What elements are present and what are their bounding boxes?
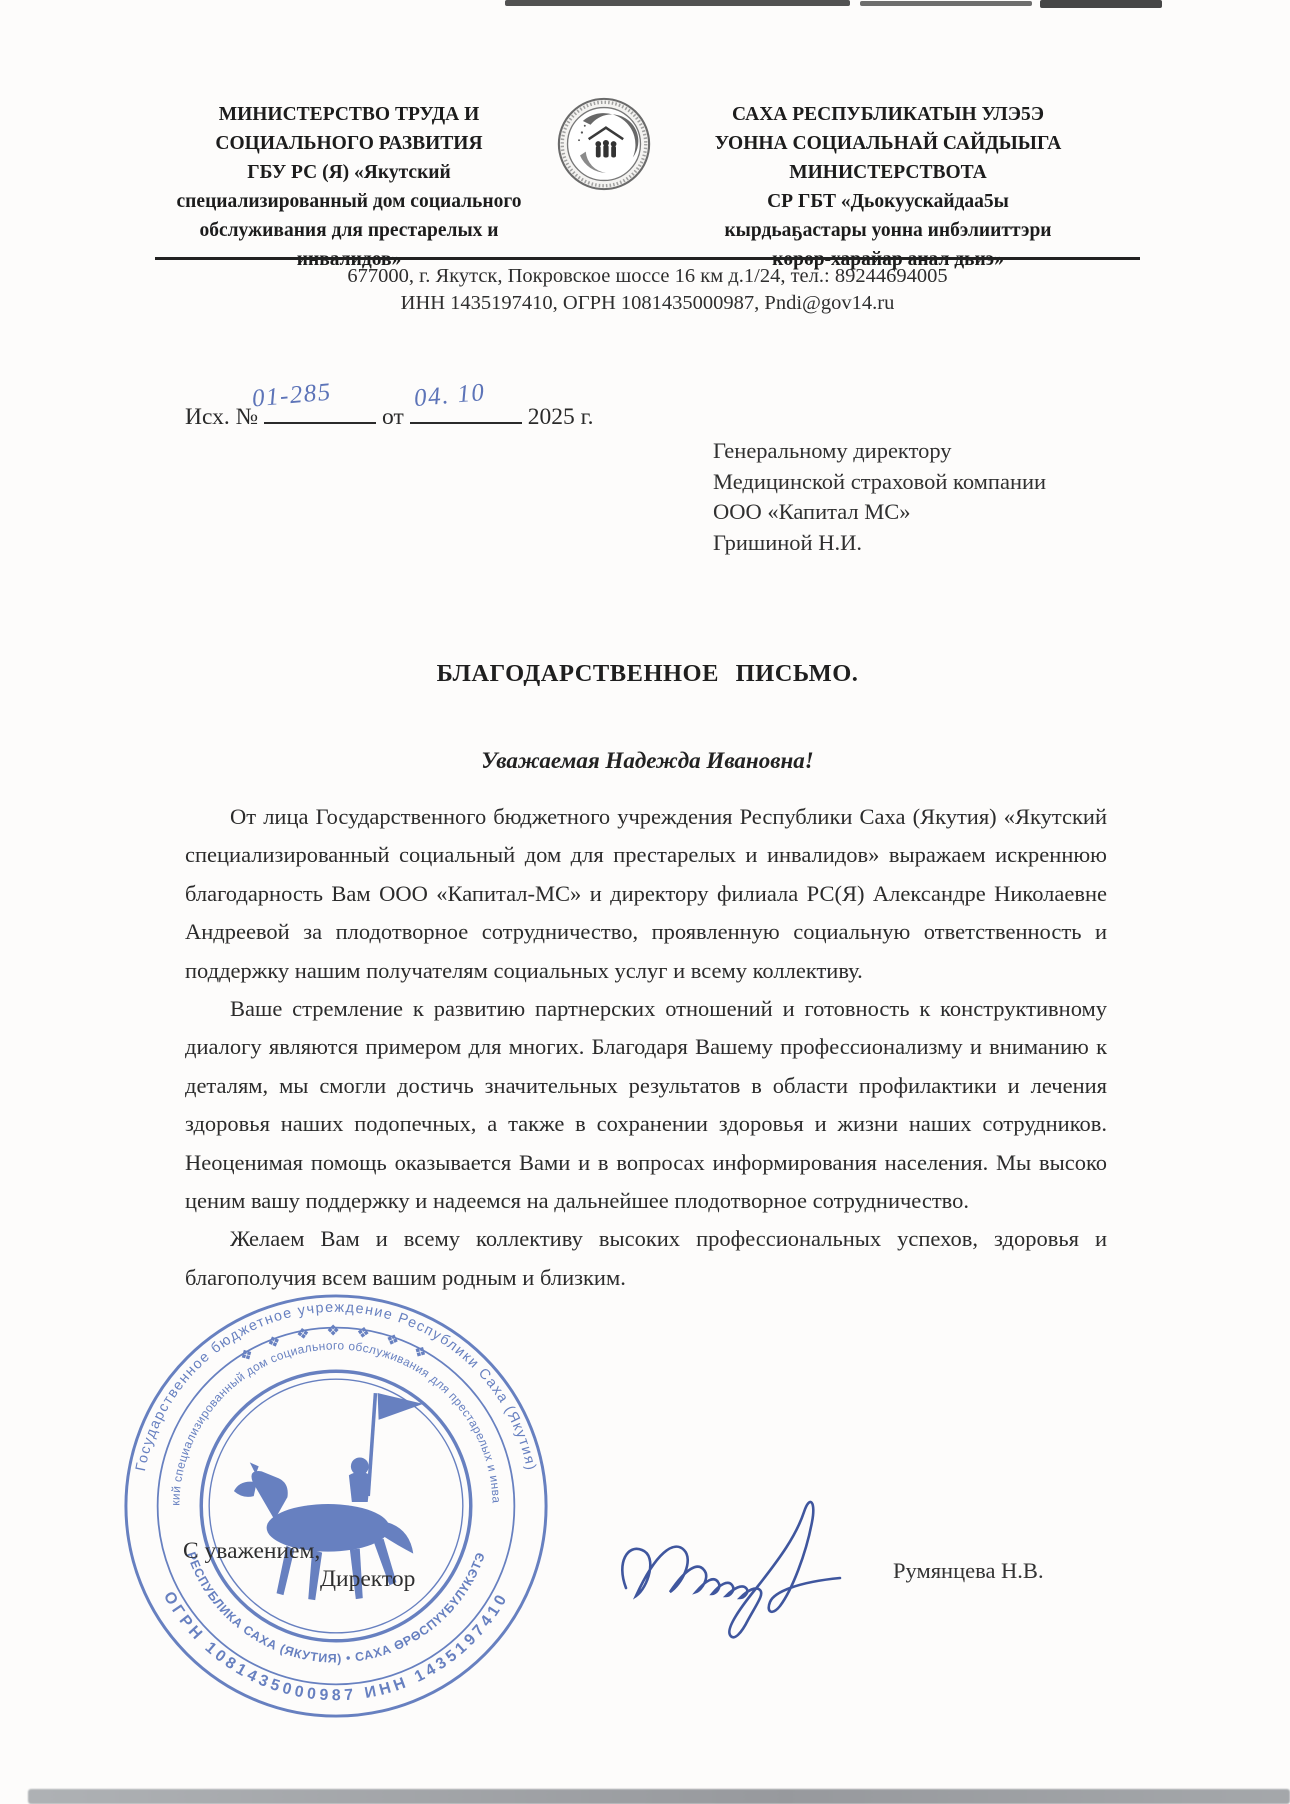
body-paragraph: Желаем Вам и всему коллективу высоких пр… [185,1220,1107,1297]
salutation: Уважаемая Надежда Ивановна! [155,748,1140,774]
signer-name: Румянцева Н.В. [893,1558,1044,1584]
scan-artifact-bottom [28,1789,1290,1804]
org-name-line: специализированный дом социального [168,187,530,216]
address-line-2: ИНН 1435197410, ОГРН 1081435000987, Pndi… [155,290,1140,317]
org-name-line: МИНИСТЕРСТВОТА [662,158,1114,187]
org-name-line: УОННА СОЦИАЛЬНАЙ САЙДЫЫГА [662,129,1114,158]
org-name-line: СР ГБТ «Дьокуускайдаа5ы [662,187,1114,216]
letter-title: БЛАГОДАРСТВЕННОЕ ПИСЬМО. [155,660,1140,688]
ref-date-handwritten: 04. 10 [413,379,487,413]
letter-body: От лица Государственного бюджетного учре… [185,798,1107,1297]
org-name-line: САХА РЕСПУБЛИКАТЫН УЛЭ5Э [662,100,1114,129]
body-paragraph: От лица Государственного бюджетного учре… [185,798,1107,990]
org-name-line: ГБУ РС (Я) «Якутский [168,158,530,187]
org-name-line: МИНИСТЕРСТВО ТРУДА И [168,100,530,129]
org-name-line: СОЦИАЛЬНОГО РАЗВИТИЯ [168,129,530,158]
ref-number-blank: 01-285 [264,396,376,424]
ref-prefix: Исх. № [185,404,258,430]
recipient-line: ООО «Капитал МС» [713,497,1046,528]
ref-date-blank: 04. 10 [410,396,522,424]
letterhead-left-org: МИНИСТЕРСТВО ТРУДА И СОЦИАЛЬНОГО РАЗВИТИ… [168,100,530,274]
body-paragraph: Ваше стремление к развитию партнерских о… [185,990,1107,1220]
letterhead-right-org: САХА РЕСПУБЛИКАТЫН УЛЭ5Э УОННА СОЦИАЛЬНА… [662,100,1114,274]
scan-artifact-top [1040,0,1162,8]
recipient-line: Генеральному директору [713,436,1046,467]
letterhead-address: 677000, г. Якутск, Покровское шоссе 16 к… [155,263,1140,317]
org-name-line: кырдьаҕастары уонна инбэлииттэри [662,216,1114,245]
recipient-line: Гришиной Н.И. [713,528,1046,559]
handwritten-signature-icon [598,1492,898,1657]
regards-text: С уважением, [183,1538,320,1565]
ministry-emblem-icon [556,96,652,192]
org-name-line: обслуживания для престарелых и [168,216,530,245]
recipient-block: Генеральному директору Медицинской страх… [713,436,1046,558]
director-title: Директор [320,1566,415,1593]
outgoing-reference-line: Исх. №01-285от04. 102025 г. [185,396,593,431]
official-stamp-icon: Государственное бюджетное учреждение Рес… [118,1288,554,1724]
scan-artifact-top [505,0,850,6]
recipient-line: Медицинской страховой компании [713,467,1046,498]
ref-year: 2025 г. [528,404,594,430]
scan-artifact-top [860,1,1032,6]
address-line-1: 677000, г. Якутск, Покровское шоссе 16 к… [155,263,1140,290]
document-page: МИНИСТЕРСТВО ТРУДА И СОЦИАЛЬНОГО РАЗВИТИ… [0,0,1290,1804]
header-divider [155,257,1140,260]
ref-ot-label: от [382,404,404,430]
ref-number-handwritten: 01-285 [251,379,333,414]
